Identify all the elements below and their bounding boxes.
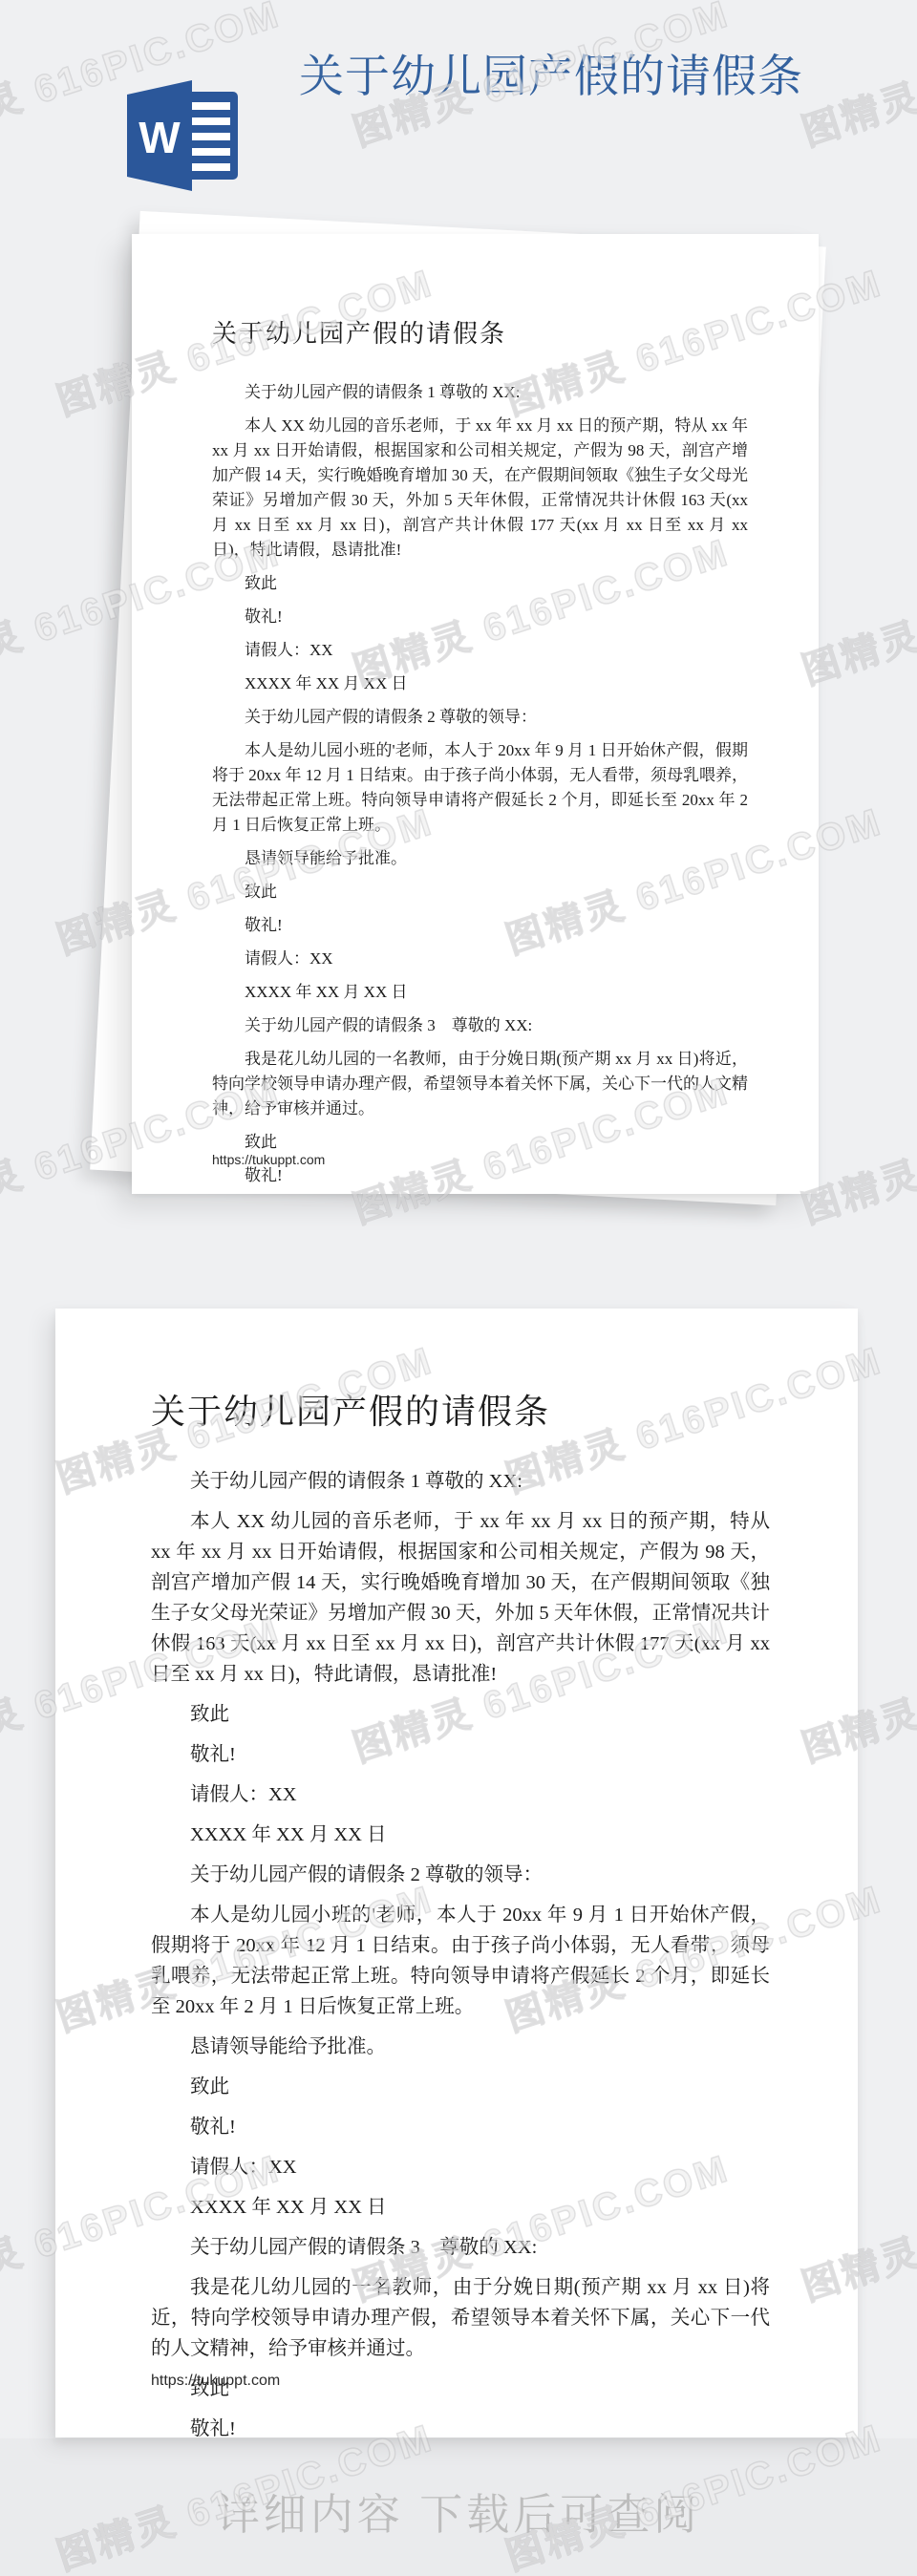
doc-paragraph: 请假人：XX (151, 1779, 770, 1810)
doc-paragraph: 本人 XX 幼儿园的音乐老师，于 xx 年 xx 月 xx 日的预产期，特从 x… (212, 414, 748, 563)
doc-section-heading: 关于幼儿园产假的请假条 2 尊敬的领导： (212, 705, 748, 730)
word-file-icon: W (127, 78, 245, 193)
page-title: 关于幼儿园产假的请假条 (299, 46, 805, 106)
doc-title: 关于幼儿园产假的请假条 (151, 1385, 770, 1434)
doc-paragraph: 致此 (151, 1699, 770, 1730)
doc-paragraph: 恳请领导能给予批准。 (212, 846, 748, 871)
footer-caption: 详细内容 下载后可查阅 (0, 2480, 917, 2542)
doc-paragraph: XXXX 年 XX 月 XX 日 (151, 2192, 770, 2223)
doc-body: 关于幼儿园产假的请假条 1 尊敬的 XX:本人 XX 幼儿园的音乐老师，于 xx… (212, 380, 748, 1188)
stacked-page-front: 关于幼儿园产假的请假条 关于幼儿园产假的请假条 1 尊敬的 XX:本人 XX 幼… (132, 234, 819, 1194)
doc-paragraph: XXXX 年 XX 月 XX 日 (151, 1820, 770, 1850)
doc-section-heading: 关于幼儿园产假的请假条 1 尊敬的 XX: (212, 380, 748, 405)
doc-paragraph: 我是花儿幼儿园的一名教师，由于分娩日期(预产期 xx 月 xx 日)将近，特向学… (151, 2272, 770, 2364)
doc-paragraph: 敬礼! (212, 605, 748, 629)
doc-paragraph: XXXX 年 XX 月 XX 日 (212, 980, 748, 1005)
doc-paragraph: 敬礼! (212, 913, 748, 938)
doc-paragraph: 请假人：XX (151, 2152, 770, 2182)
document-preview-large[interactable]: 关于幼儿园产假的请假条 关于幼儿园产假的请假条 1 尊敬的 XX:本人 XX 幼… (55, 1309, 858, 2438)
template-preview-page: { "header": { "title": "关于幼儿园产假的请假条", "i… (0, 0, 917, 2576)
doc-paragraph: 敬礼! (151, 2414, 770, 2438)
doc-paragraph: 本人是幼儿园小班的'老师，本人于 20xx 年 9 月 1 日开始休产假，假期将… (212, 738, 748, 838)
svg-text:W: W (139, 113, 181, 162)
doc-paragraph: XXXX 年 XX 月 XX 日 (212, 671, 748, 696)
doc-paragraph: 致此 (151, 2072, 770, 2102)
doc-section-heading: 关于幼儿园产假的请假条 3 尊敬的 XX: (151, 2232, 770, 2263)
doc-paragraph: 敬礼! (151, 1739, 770, 1770)
doc-paragraph: 请假人：XX (212, 638, 748, 663)
doc-title: 关于幼儿园产假的请假条 (212, 314, 748, 350)
doc-paragraph: 本人 XX 幼儿园的音乐老师，于 xx 年 xx 月 xx 日的预产期，特从 x… (151, 1506, 770, 1690)
doc-body: 关于幼儿园产假的请假条 1 尊敬的 XX:本人 XX 幼儿园的音乐老师，于 xx… (151, 1466, 770, 2438)
doc-paragraph: 致此 (212, 880, 748, 905)
doc-paragraph: 本人是幼儿园小班的'老师，本人于 20xx 年 9 月 1 日开始休产假，假期将… (151, 1900, 770, 2022)
doc-paragraph: 我是花儿幼儿园的一名教师，由于分娩日期(预产期 xx 月 xx 日)将近，特向学… (212, 1047, 748, 1121)
doc-section-heading: 关于幼儿园产假的请假条 1 尊敬的 XX: (151, 1466, 770, 1497)
doc-url: https://tukuppt.com (212, 1152, 325, 1167)
header: W 关于幼儿园产假的请假条 (0, 0, 917, 234)
doc-paragraph: 请假人：XX (212, 947, 748, 971)
doc-section-heading: 关于幼儿园产假的请假条 2 尊敬的领导： (151, 1860, 770, 1890)
document-preview-small[interactable]: 关于幼儿园产假的请假条 关于幼儿园产假的请假条 1 尊敬的 XX:本人 XX 幼… (132, 234, 819, 1194)
doc-section-heading: 关于幼儿园产假的请假条 3 尊敬的 XX: (212, 1013, 748, 1038)
doc-paragraph: 敬礼! (151, 2112, 770, 2142)
doc-url: https://tukuppt.com (151, 2373, 280, 2390)
doc-paragraph: 恳请领导能给予批准。 (151, 2032, 770, 2062)
doc-paragraph: 致此 (212, 571, 748, 596)
